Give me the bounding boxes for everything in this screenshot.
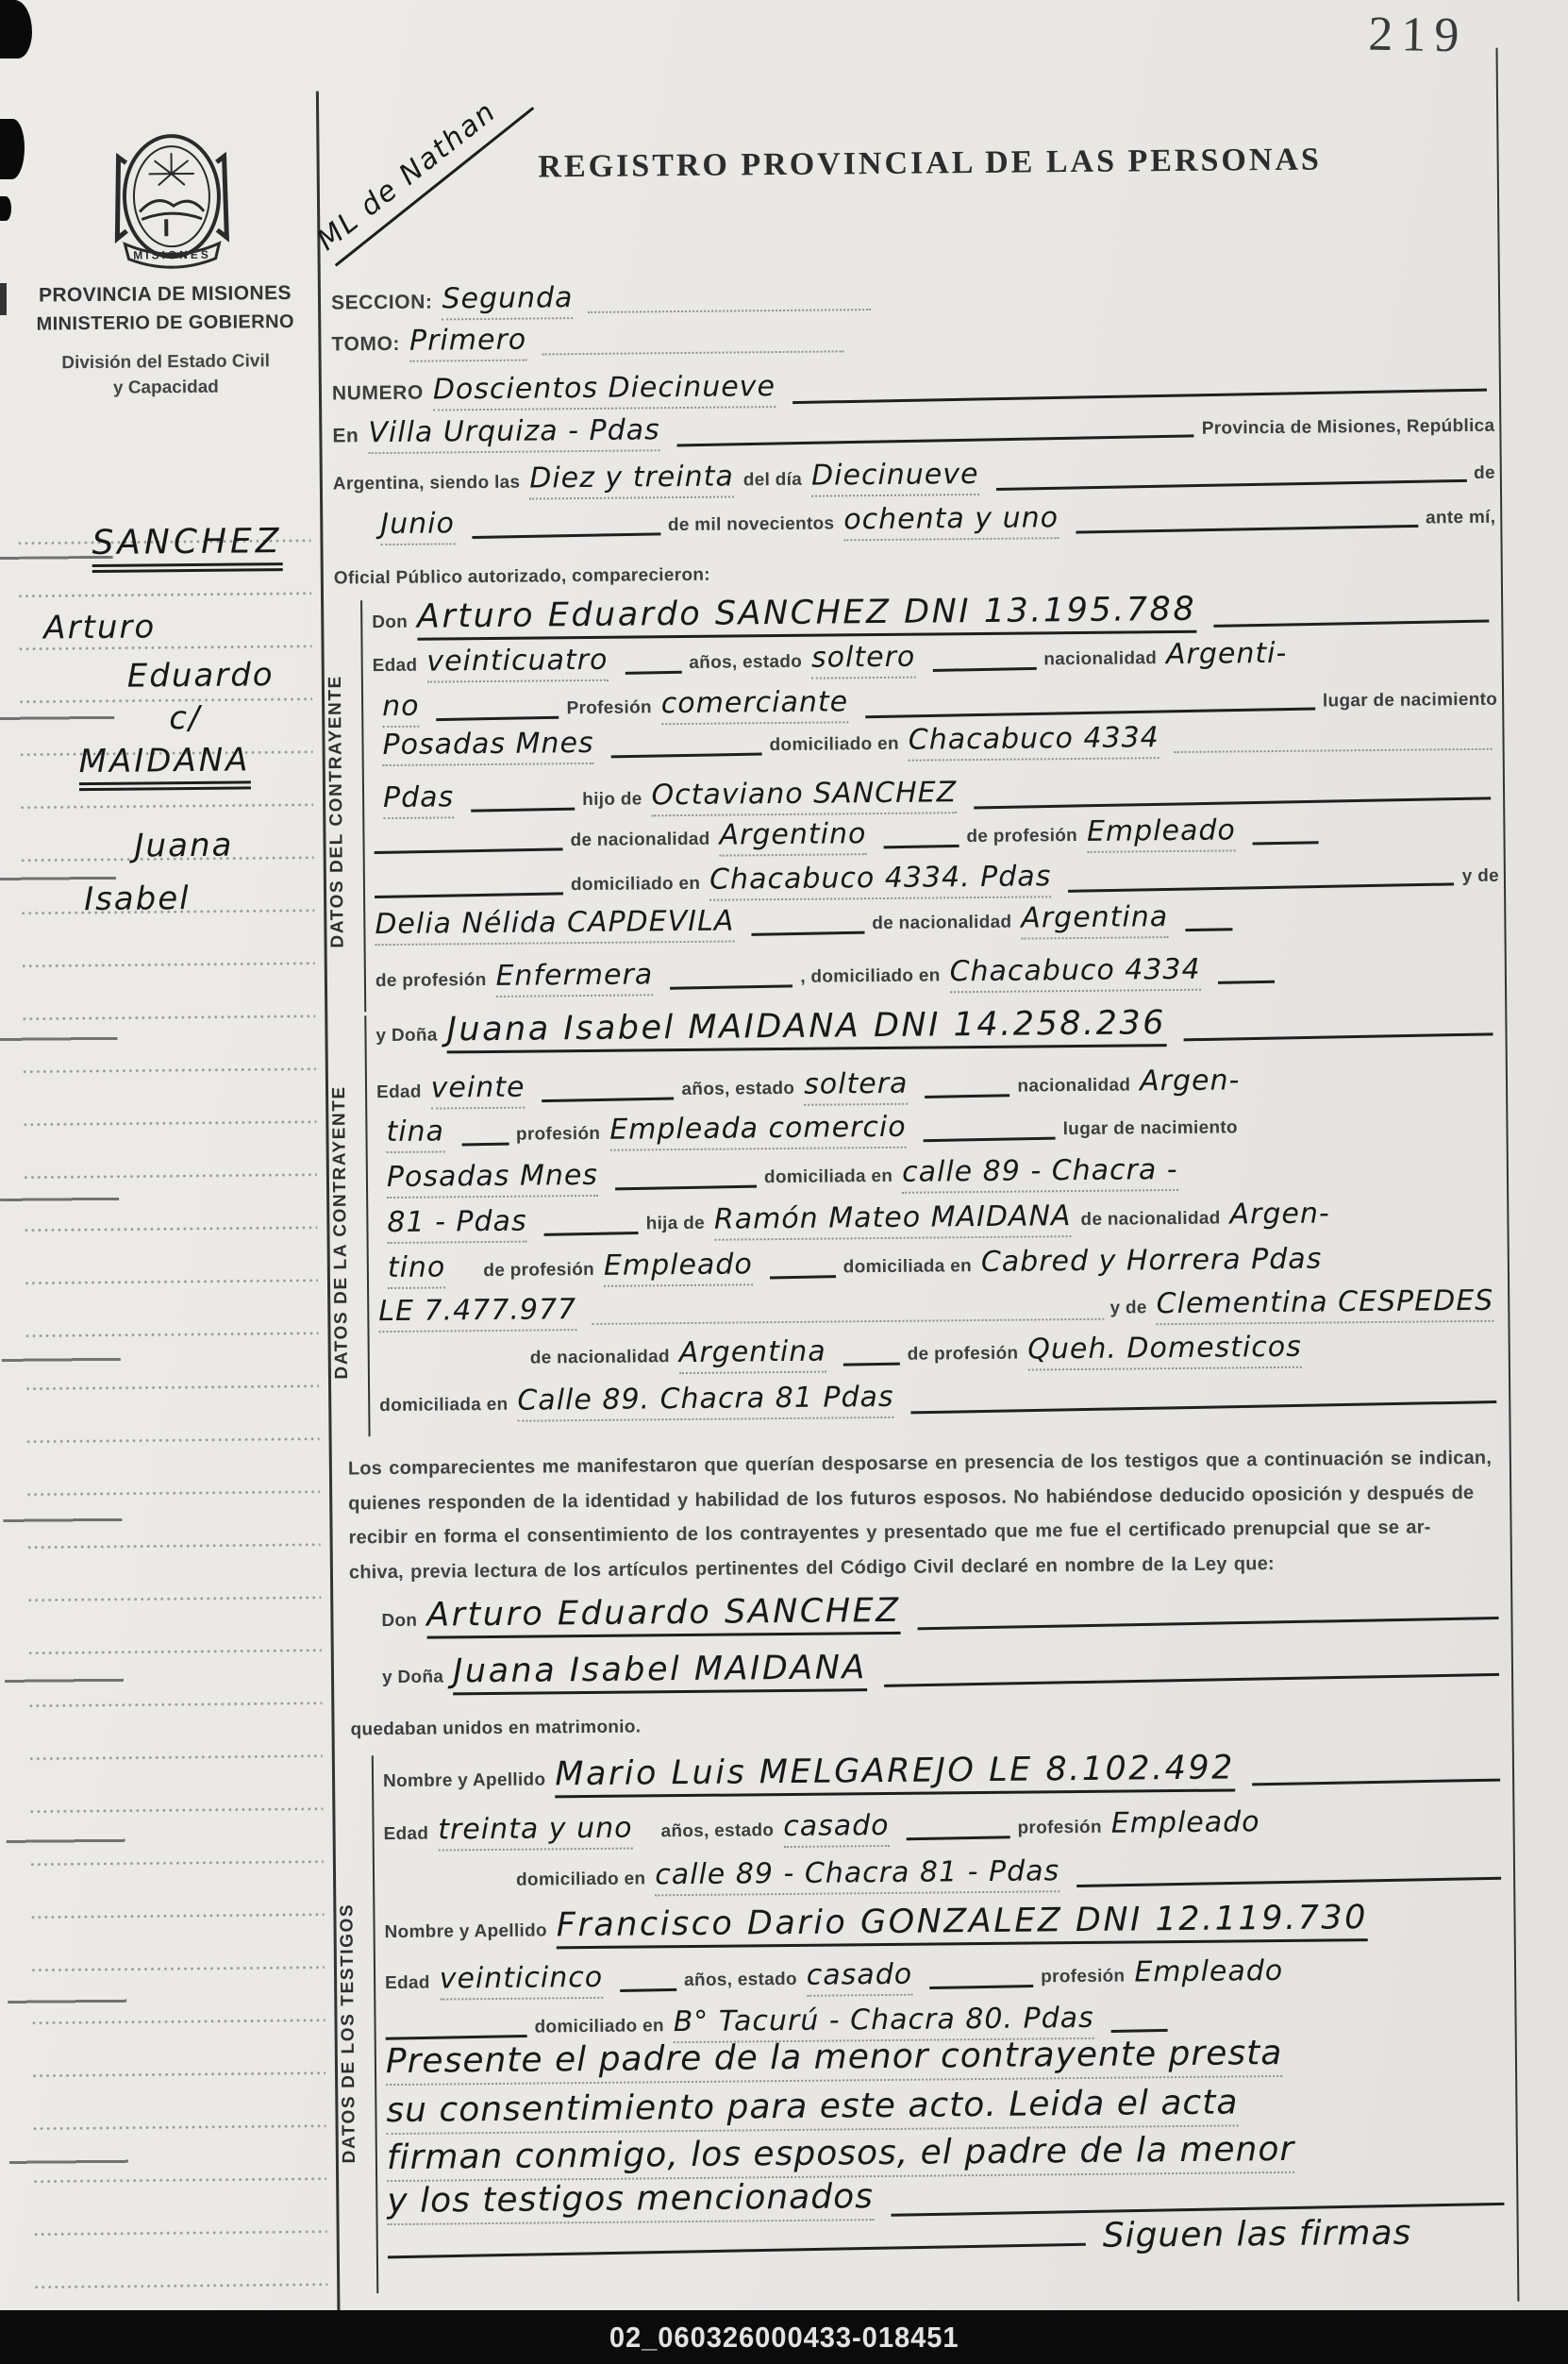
y-de-label: y de [1462,866,1499,887]
domicilio-label: domiciliado en [770,734,899,756]
margin-edge-lines [0,556,129,2284]
mes-value: Junio [380,507,455,545]
edad-label: Edad [385,1973,430,1994]
hora-value: Diez y treinta [529,460,734,499]
dona-label: y Doña [375,1026,437,1048]
profesion-label: profesión [1041,1967,1125,1988]
estado-label: años, estado [660,1820,774,1842]
section-label-witnesses: DATOS DE LOS TESTIGOS [336,1797,361,2269]
org-line: y Capacidad [19,374,313,402]
hand-rule [843,1359,900,1366]
tomo-value: Primero [409,324,527,362]
margin-name-line: Isabel [84,880,191,918]
bride-nacionalidad-value: Argen- [1140,1064,1241,1098]
hand-rule [437,713,559,721]
bride-edad-value: veinte [431,1071,525,1110]
estado-label: años, estado [684,1970,797,1991]
hand-rule [907,1832,1010,1840]
field-bride-padre: 81 - Pdas hija de Ramón Mateo MAIDANA de… [377,1196,1502,1244]
hand-rule [1076,521,1418,534]
hand-rule [996,476,1467,491]
hand-rule [677,430,1194,446]
bride-padre-nacionalidad-cont: tino [388,1250,446,1289]
org-line: MINISTERIO DE GOBIERNO [18,311,312,336]
seccion-value: Segunda [442,281,573,320]
field-witness1-edad: Edad treinta y uno años, estado casado p… [383,1803,1508,1852]
ante-mi-label: ante mí, [1426,508,1495,529]
field-groom-padre-nac: de nacionalidad Argentino de profesión E… [374,812,1498,860]
spacer [384,1886,516,1886]
lugar-value: Villa Urquiza - Pdas [368,413,660,454]
hand-rule [375,888,563,898]
profesion-label: profesión [1017,1818,1101,1839]
groom-edad-value: veinticuatro [426,644,608,683]
bride-padre-profesion: Empleado [604,1248,753,1287]
del-dia-label: del día [743,470,803,492]
field-witness2-name: Nombre y Apellido Francisco Dario GONZAL… [384,1898,1509,1951]
hand-rule [542,1094,675,1103]
estado-label: años, estado [689,652,802,674]
section-label-groom: DATOS DEL CONTRAYENTE [325,627,349,995]
hand-rule [1252,1775,1500,1786]
domiciliada-label: domiciliada en [379,1395,508,1417]
hand-rule [620,1985,676,1992]
ministry-block: PROVINCIA DE MISIONES MINISTERIO DE GOBI… [18,282,313,402]
bride-estado-value: soltera [804,1067,909,1106]
lugar-nacimiento-label: lugar de nacimiento [1063,1117,1238,1140]
field-bride-profesion: tina profesión Empleada comercio lugar d… [376,1105,1501,1153]
witness1-profesion-value: Empleado [1111,1805,1260,1840]
field-groom-madre-prof: de profesión Enfermera , domiciliado en … [375,950,1500,998]
bride-profesion-value: Empleada comercio [609,1111,907,1151]
hand-rule [865,703,1315,718]
hand-rule [1076,1873,1501,1887]
hijo-de-label: hijo de [582,789,642,811]
hand-rule [918,1613,1499,1630]
witness1-edad-value: treinta y uno [438,1812,633,1852]
hand-rule [388,2239,1086,2259]
de-nacionalidad-label: de nacionalidad [570,830,709,851]
de-nacionalidad-label: de nacionalidad [1080,1209,1220,1231]
hand-rule [1218,977,1275,984]
numero-value: Doscientos Diecinueve [433,370,776,411]
witness1-domicilio-value: calle 89 - Chacra 81 - Pdas [655,1854,1059,1896]
bride-madre-nacionalidad: Argentina [679,1335,826,1374]
profesion-label: profesión [516,1124,600,1146]
scan-id-text: 02_060326000433-018451 [609,2321,959,2355]
field-lugar: En Villa Urquiza - Pdas Provincia de Mis… [332,406,1494,455]
bride-padre-value: Ramón Mateo MAIDANA [714,1199,1072,1241]
groom-name-value: Arturo Eduardo SANCHEZ DNI 13.195.788 [417,591,1196,641]
field-bride-name: y Doña Juana Isabel MAIDANA DNI 14.258.2… [375,1001,1500,1054]
dia-value: Diecinueve [811,458,979,497]
nacionalidad-label: nacionalidad [1017,1075,1130,1097]
groom-nacionalidad-value: Argenti- [1166,637,1288,671]
dotted-rule [1175,746,1493,753]
oficial-line: Oficial Público autorizado, compareciero… [334,565,710,590]
profesion-label: Profesión [566,697,652,719]
groom-madre-nacionalidad: Argentina [1021,900,1168,939]
field-numero: NUMERO Doscientos Diecinueve [332,363,1494,412]
tomo-label: TOMO: [331,333,400,357]
field-hora-dia: Argentina, siendo las Diez y treinta del… [333,453,1495,502]
field-tomo: TOMO: Primero [331,316,1275,363]
de-profesion-label: de profesión [375,970,487,992]
hand-rule [926,1090,1010,1098]
witness1-name-value: Mario Luis MELGAREJO LE 8.102.492 [555,1749,1235,1798]
novecientos-label: de mil novecientos [668,513,835,536]
domicilio-label: domiciliado en [516,1869,645,1890]
groom-padre-value: Octaviano SANCHEZ [651,776,957,816]
nombre-apellido-label: Nombre y Apellido [383,1769,545,1792]
de-nacionalidad-label: de nacionalidad [530,1347,670,1368]
seccion-label: SECCION: [331,292,433,315]
margin-name-line: Arturo [43,608,156,646]
field-groom-edad: Edad veinticuatro años, estado soltero n… [373,635,1497,683]
oficial-label: Oficial Público autorizado, compareciero… [334,565,710,590]
hand-rule [625,667,681,675]
groom-padre-domicilio: Chacabuco 4334. Pdas [709,860,1052,900]
field-bride-madre-dom: domiciliada en Calle 89. Chacra 81 Pdas [379,1375,1504,1423]
don-label: Don [372,612,408,633]
hand-rule [375,844,563,854]
field-bride-madre-nac: de nacionalidad Argentina de profesión Q… [379,1329,1504,1377]
note-text: Presente el padre de la menor contrayent… [386,2034,1283,2086]
section-label-bride: DATOS DE LA CONTRAYENTE [328,1029,353,1434]
seal-banner-text: MISIONES [133,248,211,262]
declaration-closing: quedaban unidos en matrimonio. [350,1717,641,1740]
hand-rule [461,1139,509,1147]
margin-surname-bride: MAIDANA [78,741,250,791]
numero-label: NUMERO [332,382,424,406]
hand-rule [1253,837,1319,845]
margin-name-line: c/ [169,699,202,737]
field-groom-name: Don Arturo Eduardo SANCHEZ DNI 13.195.78… [372,588,1496,641]
edad-label: Edad [373,656,418,677]
field-bride-padre-le: LE 7.477.977 y de Clementina CESPEDES [378,1284,1503,1333]
section-bracket [364,1015,370,1436]
estado-label: años, estado [681,1079,794,1100]
closing-label: quedaban unidos en matrimonio. [350,1717,641,1740]
margin-name-line: Eduardo [127,656,275,695]
groom-padre-profesion: Empleado [1087,813,1236,853]
scan-footer-bar: 02_060326000433-018451 [0,2310,1568,2364]
document-content: 219 MISIONES PROVINCIA DE MISIONES [0,0,1568,2364]
section-bracket [372,1755,378,2293]
en-label: En [332,425,359,447]
scan-artifact [0,283,7,315]
declaration-paragraph: Los comparecientes me manifestaron que q… [348,1441,1508,1590]
domicilio-label: domiciliado en [571,874,700,896]
witness2-edad-value: veinticinco [440,1961,604,2001]
dotted-rule [592,1316,1104,1325]
declaration-groom-name: Arturo Eduardo SANCHEZ [426,1592,901,1639]
hand-rule [884,1669,1499,1687]
hand-rule [974,793,1491,809]
declaration-bride-name: Juana Isabel MAIDANA [453,1649,867,1695]
hand-rule [670,981,792,989]
note-text: y los testigos mencionados [387,2177,874,2225]
bride-domicilio-cont: 81 - Pdas [387,1205,527,1244]
bride-padre-domicilio: Cabred y Horrera Pdas [981,1243,1323,1279]
bride-name-value: Juana Isabel MAIDANA DNI 14.258.236 [446,1004,1166,1053]
domicilio-label: domiciliado en [534,2016,663,2037]
groom-estado-value: soltero [811,641,916,679]
field-bride-padre-prof: tino de profesión Empleado domiciliada e… [378,1241,1503,1289]
org-line: División del Estado Civil [19,348,313,377]
note-text: su consentimiento para este acto. Leida … [386,2083,1238,2135]
hija-de-label: hija de [646,1214,706,1235]
bride-padre-nacionalidad: Argen- [1229,1197,1330,1231]
de-profesion-label: de profesión [483,1260,594,1282]
anio-value: ochenta y uno [843,501,1059,541]
field-seccion: SECCION: Segunda [331,275,1275,322]
hand-rule [1068,879,1454,892]
document-title: REGISTRO PROVINCIAL DE LAS PERSONAS [367,141,1492,187]
hand-rule [544,1228,639,1236]
groom-padre-nacionalidad: Argentino [719,817,866,856]
hand-rule [611,749,762,759]
nombre-apellido-label: Nombre y Apellido [385,1920,547,1943]
lugar-nacimiento-label: lugar de nacimiento [1323,690,1497,713]
groom-domicilio-value: Chacabuco 4334 [909,721,1159,762]
field-witness1-name: Nombre y Apellido Mario Luis MELGAREJO L… [383,1747,1508,1800]
siguen-firmas-text: Siguen las firmas [1103,2214,1412,2255]
hand-rule [471,804,575,813]
margin-surname-groom: SANCHEZ [92,522,283,573]
witness1-estado-value: casado [783,1809,890,1848]
field-groom-padre-dom: domiciliado en Chacabuco 4334. Pdas y de [375,856,1499,904]
bride-domicilio-value: calle 89 - Chacra - [902,1153,1178,1194]
hand-rule [911,1397,1497,1414]
y-de-label: y de [1109,1298,1146,1318]
scanned-document: 219 MISIONES PROVINCIA DE MISIONES [0,0,1568,2364]
domiciliada-label: domiciliada en [764,1166,892,1188]
de-profesion-label: de profesión [908,1344,1019,1366]
hand-rule [929,1981,1033,1989]
bride-lugar-value: Posadas Mnes [387,1159,598,1199]
groom-madre-profesion: Enfermera [495,958,653,998]
groom-profesion-value: comerciante [661,685,849,725]
provincia-note: Provincia de Misiones, República [1202,416,1495,440]
bride-madre-profesion: Queh. Domesticos [1027,1331,1302,1371]
declaration-groom-line: Don Arturo Eduardo SANCHEZ [381,1586,1506,1639]
hand-rule [472,528,660,539]
hand-rule [751,928,864,936]
hand-rule [1183,1029,1493,1041]
edad-label: Edad [384,1824,429,1845]
hand-rule [932,663,1036,672]
hand-rule [1111,2025,1168,2033]
dotted-rule [542,347,843,355]
hand-rule [792,385,1487,404]
dona-label: y Doña [382,1667,443,1688]
field-witness2-edad: Edad veinticinco años, estado casado pro… [385,1953,1510,2001]
de-nacionalidad-label: de nacionalidad [872,913,1011,934]
hand-rule [386,2031,527,2040]
hand-rule [883,841,959,848]
groom-domicilio-cont: Pdas [383,780,455,819]
groom-lugar-value: Posadas Mnes [382,727,593,766]
edad-label: Edad [376,1082,422,1103]
margin-name-line: Juana [134,827,233,865]
witness2-name-value: Francisco Dario GONZALEZ DNI 12.119.730 [557,1899,1369,1949]
hand-rule [1185,924,1232,931]
field-witness1-dom: domiciliado en calle 89 - Chacra 81 - Pd… [384,1851,1509,1899]
field-groom-madre: Delia Nélida CAPDEVILA de nacionalidad A… [375,897,1499,946]
hand-rule [1213,616,1489,628]
spacer [379,1364,530,1366]
bride-nacionalidad-cont: tina [386,1115,444,1153]
bride-madre-value: Clementina CESPEDES [1157,1284,1494,1325]
siendo-label: Argentina, siendo las [333,473,521,495]
field-bride-edad: Edad veinte años, estado soltera naciona… [376,1062,1501,1110]
bride-madre-domicilio: Calle 89. Chacra 81 Pdas [517,1381,894,1422]
nacionalidad-label: nacionalidad [1043,648,1157,670]
field-mes-anio: Junio de mil novecientos ochenta y uno a… [333,497,1495,546]
groom-madre-domicilio: Chacabuco 4334 [949,953,1200,994]
hand-rule [924,1133,1056,1143]
groom-madre-value: Delia Nélida CAPDEVILA [375,904,734,946]
hand-rule [615,1182,757,1191]
de-profesion-label: de profesión [966,826,1077,847]
misiones-seal-icon: MISIONES [110,125,233,275]
don-label: Don [381,1611,417,1632]
org-line: PROVINCIA DE MISIONES [18,282,312,308]
declaration-bride-line: y Doña Juana Isabel MAIDANA [382,1643,1507,1696]
hand-rule [770,1271,836,1279]
scan-artifact [0,196,11,221]
de-label: de [1474,463,1495,484]
section-bracket [360,600,366,1012]
bride-padre-le-value: LE 7.477.977 [378,1293,576,1333]
witness2-profesion-value: Empleado [1134,1954,1283,1989]
groom-nacionalidad-cont: no [382,690,420,728]
consent-note-line: su consentimiento para este acto. Leida … [386,2081,1510,2135]
dotted-rule [589,306,872,313]
page-number-stamp: 219 [1368,7,1468,64]
witness2-estado-value: casado [807,1958,913,1997]
field-bride-lugar: Posadas Mnes domiciliada en calle 89 - C… [377,1150,1502,1199]
domiciliada-label: domiciliada en [843,1256,972,1278]
madre-domicilio-label: , domiciliado en [800,965,941,987]
